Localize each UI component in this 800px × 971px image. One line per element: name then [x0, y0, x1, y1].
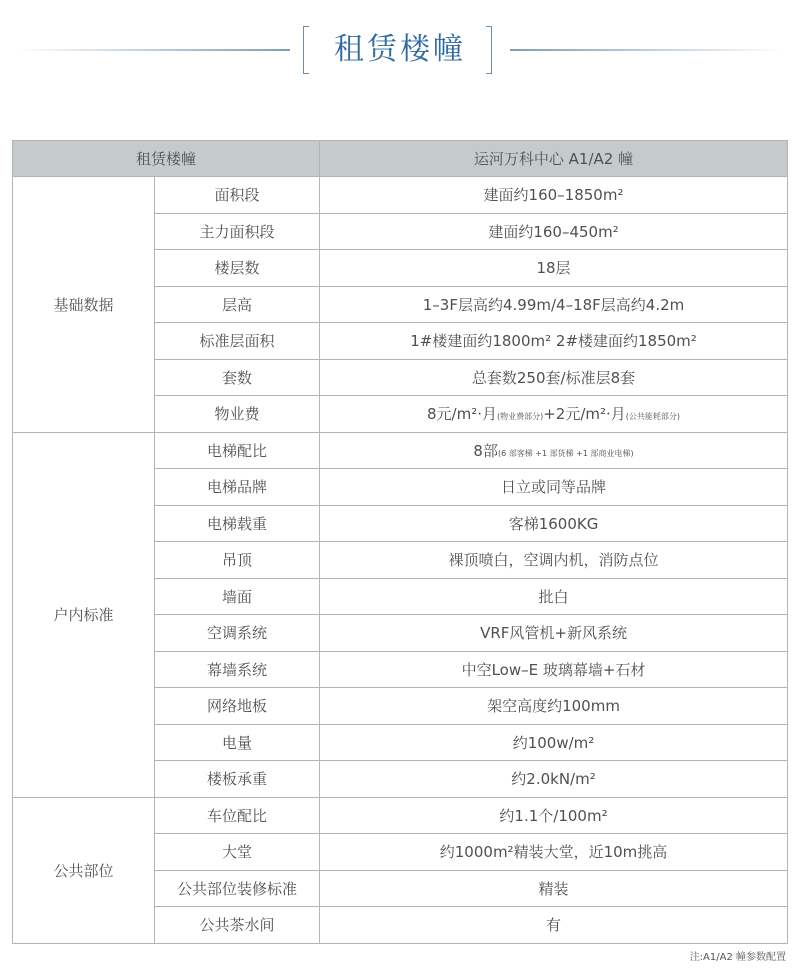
fee-note-2: (公共能耗部分)	[626, 412, 680, 421]
table-row: 户内标准 电梯配比 8部(6 部客梯 +1 部货梯 +1 部商业电梯)	[13, 432, 788, 469]
row-value: 精装	[320, 870, 788, 907]
row-label: 标准层面积	[155, 323, 320, 360]
row-value: 日立或同等品牌	[320, 469, 788, 506]
row-value: 18层	[320, 250, 788, 287]
row-value: 有	[320, 907, 788, 944]
elevator-count: 8部	[473, 442, 498, 460]
row-value: 8部(6 部客梯 +1 部货梯 +1 部商业电梯)	[320, 432, 788, 469]
row-label: 吊顶	[155, 542, 320, 579]
group-label-basic-data: 基础数据	[13, 177, 155, 433]
row-label: 空调系统	[155, 615, 320, 652]
header-col-project: 运河万科中心 A1/A2 幢	[320, 141, 788, 177]
title-divider-right	[510, 49, 785, 51]
table-row: 公共部位 车位配比 约1.1个/100m²	[13, 797, 788, 834]
row-label: 大堂	[155, 834, 320, 871]
row-label: 电梯品牌	[155, 469, 320, 506]
row-value: 批白	[320, 578, 788, 615]
elevator-breakdown: (6 部客梯 +1 部货梯 +1 部商业电梯)	[498, 449, 634, 458]
row-value: VRF风管机+新风系统	[320, 615, 788, 652]
row-label: 电量	[155, 724, 320, 761]
table-header-row: 租赁楼幢 运河万科中心 A1/A2 幢	[13, 141, 788, 177]
row-label: 电梯配比	[155, 432, 320, 469]
row-label: 电梯载重	[155, 505, 320, 542]
row-label: 幕墙系统	[155, 651, 320, 688]
row-label: 公共部位装修标准	[155, 870, 320, 907]
spec-table: 租赁楼幢 运河万科中心 A1/A2 幢 基础数据 面积段 建面约160–1850…	[12, 140, 788, 944]
row-label: 车位配比	[155, 797, 320, 834]
row-value: 1–3F层高约4.99m/4–18F层高约4.2m	[320, 286, 788, 323]
row-value: 架空高度约100mm	[320, 688, 788, 725]
row-value: 总套数250套/标准层8套	[320, 359, 788, 396]
row-value: 约2.0kN/m²	[320, 761, 788, 798]
row-label: 物业费	[155, 396, 320, 433]
fee-main-2: +2元/m²·月	[543, 405, 626, 423]
row-label: 网络地板	[155, 688, 320, 725]
table-row: 基础数据 面积段 建面约160–1850m²	[13, 177, 788, 214]
fee-main-1: 8元/m²·月	[427, 405, 497, 423]
fee-note-1: (物业费部分)	[497, 412, 543, 421]
row-value: 裸顶喷白，空调内机，消防点位	[320, 542, 788, 579]
page-header: 租赁楼幢	[0, 0, 800, 100]
row-value: 约1000m²精装大堂，近10m挑高	[320, 834, 788, 871]
row-value: 约100w/m²	[320, 724, 788, 761]
group-label-interior-standard: 户内标准	[13, 432, 155, 797]
title-divider-left	[15, 49, 290, 51]
group-label-public-areas: 公共部位	[13, 797, 155, 943]
row-value: 客梯1600KG	[320, 505, 788, 542]
row-value: 建面约160–450m²	[320, 213, 788, 250]
row-label: 楼层数	[155, 250, 320, 287]
page-title: 租赁楼幢	[310, 26, 490, 74]
left-bracket-decoration	[303, 26, 309, 74]
right-bracket-decoration	[486, 26, 492, 74]
row-value: 中空Low–E 玻璃幕墙+石材	[320, 651, 788, 688]
row-value: 约1.1个/100m²	[320, 797, 788, 834]
row-label: 墙面	[155, 578, 320, 615]
header-col-building: 租赁楼幢	[13, 141, 320, 177]
row-label: 主力面积段	[155, 213, 320, 250]
row-label: 公共茶水间	[155, 907, 320, 944]
footnote: 注:A1/A2 幢参数配置	[690, 948, 786, 963]
row-value: 1#楼建面约1800m² 2#楼建面约1850m²	[320, 323, 788, 360]
row-value: 建面约160–1850m²	[320, 177, 788, 214]
row-label: 面积段	[155, 177, 320, 214]
row-label: 层高	[155, 286, 320, 323]
row-value: 8元/m²·月(物业费部分)+2元/m²·月(公共能耗部分)	[320, 396, 788, 433]
row-label: 楼板承重	[155, 761, 320, 798]
row-label: 套数	[155, 359, 320, 396]
